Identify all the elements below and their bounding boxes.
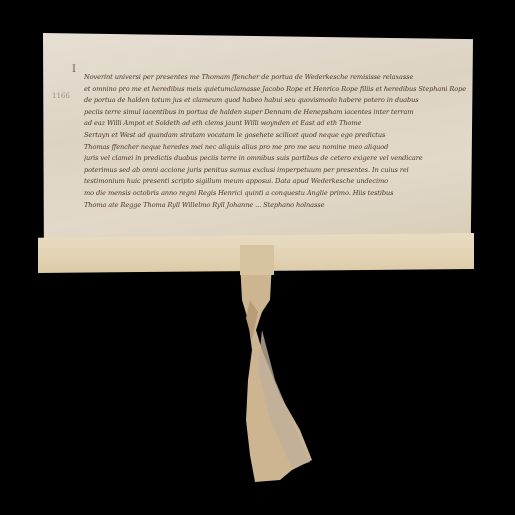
text-line: de portua de halden totum jus et clameum… [84,95,474,107]
text-line: Sertayn et West ad quandam stratam vocat… [84,130,474,142]
text-line: mo die mensis octobris anno regni Regis … [84,188,474,200]
text-line: ad eaz Willi Ampot et Soldeth ad eth cle… [84,118,474,130]
text-line: Thomas ffencher neque heredes mei nec al… [84,142,474,154]
text-line: Thoma ate Regge Thoma Ryll Willelmo Ryll… [84,200,474,212]
seal-tag-top [240,245,274,275]
margin-mark: I [72,64,76,75]
text-line: testimonium huic presenti scripto sigill… [84,176,474,188]
text-line: et omnino pro me et heredibus meis quiet… [84,84,474,96]
charter-text: Noverint universi per presentes me Thoma… [84,72,474,211]
text-line: Noverint universi per presentes me Thoma… [84,72,474,84]
black-background: I 1166 Noverint universi per presentes m… [0,0,515,515]
text-line: poterimus sed ab omni accione juris peni… [84,165,474,177]
margin-number: 1166 [52,92,70,100]
text-line: peciis terre simul iacentibus in portua … [84,107,474,119]
text-line: juris vel clamei in predictis duabus pec… [84,153,474,165]
